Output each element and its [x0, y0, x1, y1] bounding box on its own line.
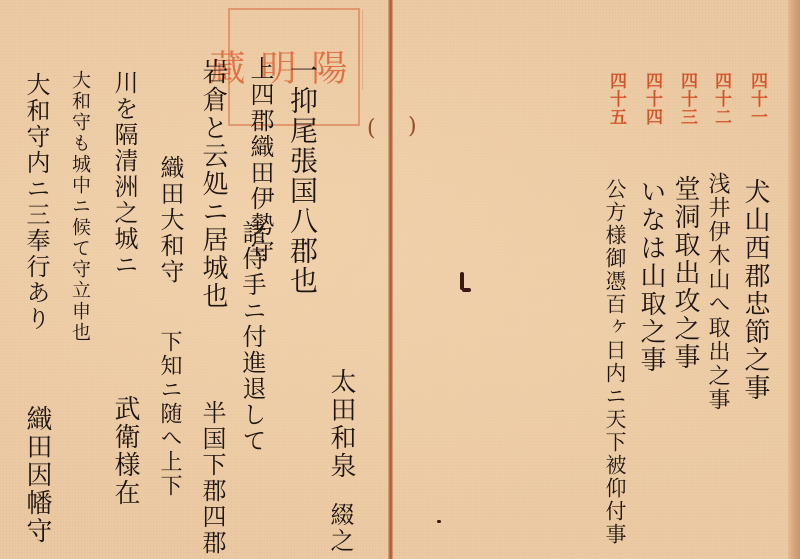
text-column: 武衛様在 — [112, 395, 138, 507]
section-number: 四十五 — [607, 72, 624, 126]
text-column: 岩倉と云処ニ居城也 — [200, 58, 226, 310]
text-column: 織田大和守 — [158, 155, 182, 285]
text-column: 諸侍手ニ付進退して — [240, 220, 264, 454]
bracket-mark-right: ) — [408, 116, 417, 138]
section-number: 四十一 — [748, 72, 765, 126]
text-column: 大和守内ニ三奉行あり — [24, 72, 48, 332]
author-signature: 太田和泉 — [328, 368, 354, 480]
text-column: 川を隔清洲之城ニ — [112, 70, 136, 278]
text-column: 半国下郡四郡 — [200, 400, 224, 556]
section-number: 四十三 — [678, 72, 695, 126]
text-column: 織田因幡守 — [24, 405, 50, 545]
section-number: 四十四 — [643, 72, 660, 126]
ink-dot — [437, 520, 441, 523]
ink-mark — [462, 288, 471, 292]
manuscript-spread: ( ) 陽 明 蔵 四十一 四十二 四十三 四十四 四十五 犬山西郡忠節之事 浅… — [0, 0, 800, 559]
text-column: 堂洞取出攻之事 — [672, 175, 698, 371]
text-column: いなは山取之事 — [638, 178, 664, 374]
text-column: 大和守も城中ニ候て守立申也 — [70, 70, 89, 343]
text-column: 公方様御憑百ヶ日内ニ天下被仰付事 — [604, 178, 625, 546]
bracket-mark-left: ( — [367, 118, 376, 140]
section-number: 四十二 — [712, 72, 729, 126]
page-edge — [788, 0, 800, 559]
faint-rule-line — [362, 10, 363, 90]
center-fold-line — [388, 0, 393, 559]
text-column: 犬山西郡忠節之事 — [742, 178, 768, 402]
signature-suffix: 綴之 — [328, 502, 352, 554]
text-column: 浅井伊木山へ取出之事 — [706, 172, 728, 412]
text-column: 下知ニ随へ上下 — [158, 330, 180, 498]
text-column: 一抑尾張国八郡也 — [288, 56, 316, 296]
